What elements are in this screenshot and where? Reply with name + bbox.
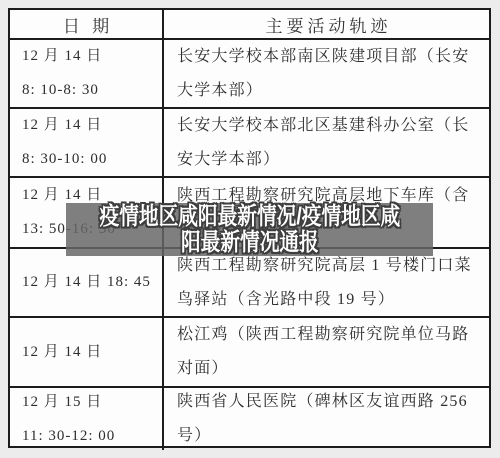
page: 日 期 主要活动轨迹 12 月 14 日8: 10-8: 30长安大学校本部南区… — [0, 0, 500, 458]
time-text: 8: 10-8: 30 — [22, 82, 156, 99]
date-text: 12 月 14 日 — [22, 344, 156, 361]
date-cell: 12 月 14 日 18: 45 — [10, 249, 164, 316]
header-activity-label: 主要活动轨迹 — [262, 12, 392, 37]
date-text: 12 月 14 日 — [22, 187, 156, 204]
watermark-text-block: 疫情地区咸阳最新情况/疫情地区咸 阳最新情况通报 — [66, 204, 433, 256]
header-date-cell: 日 期 — [10, 10, 164, 38]
watermark-line-2: 阳最新情况通报 — [66, 230, 433, 256]
date-cell: 12 月 14 日8: 10-8: 30 — [10, 40, 164, 107]
table-row: 12 月 14 日8: 10-8: 30长安大学校本部南区陕建项目部（长安大学本… — [10, 40, 489, 109]
watermark-line-1: 疫情地区咸阳最新情况/疫情地区咸 — [66, 204, 433, 230]
activity-cell: 陕西工程勘察研究院高层 1 号楼门口菜鸟驿站（含光路中段 19 号） — [164, 249, 489, 316]
date-cell: 12 月 14 日8: 30-10: 00 — [10, 109, 164, 176]
activity-text: 长安大学校本部南区陕建项目部（长安大学本部） — [177, 40, 481, 108]
watermark-overlay: 疫情地区咸阳最新情况/疫情地区咸 阳最新情况通报 — [66, 203, 433, 256]
date-text: 12 月 14 日 — [22, 117, 156, 134]
activity-text: 长安大学校本部北区基建科办公室（长安大学本部） — [177, 109, 481, 177]
date-cell: 12 月 15 日11: 30-12: 00 — [10, 388, 164, 450]
activity-cell: 长安大学校本部南区陕建项目部（长安大学本部） — [164, 40, 489, 107]
time-text: 11: 30-12: 00 — [22, 428, 156, 445]
activity-text: 松江鸡（陕西工程勘察研究院单位马路对面） — [177, 318, 481, 386]
table-row: 12 月 14 日8: 30-10: 00长安大学校本部北区基建科办公室（长安大… — [10, 109, 489, 178]
table-row: 12 月 14 日松江鸡（陕西工程勘察研究院单位马路对面） — [10, 318, 489, 388]
date-text: 12 月 15 日 — [22, 394, 156, 411]
table-header-row: 日 期 主要活动轨迹 — [10, 10, 489, 40]
date-text: 12 月 14 日 18: 45 — [22, 274, 156, 291]
activity-text: 陕西省人民医院（碑林区友谊西路 256 号） — [177, 385, 481, 453]
date-text: 12 月 14 日 — [22, 48, 156, 65]
table-row: 12 月 15 日11: 30-12: 00陕西省人民医院（碑林区友谊西路 25… — [10, 388, 489, 450]
activity-cell: 陕西省人民医院（碑林区友谊西路 256 号） — [164, 388, 489, 450]
date-cell: 12 月 14 日 — [10, 318, 164, 386]
header-activity-cell: 主要活动轨迹 — [164, 10, 489, 38]
header-date-label: 日 期 — [59, 12, 113, 37]
table-row: 12 月 14 日 18: 45陕西工程勘察研究院高层 1 号楼门口菜鸟驿站（含… — [10, 249, 489, 318]
activity-text: 陕西工程勘察研究院高层 1 号楼门口菜鸟驿站（含光路中段 19 号） — [177, 249, 481, 317]
activity-cell: 长安大学校本部北区基建科办公室（长安大学本部） — [164, 109, 489, 176]
time-text: 8: 30-10: 00 — [22, 151, 156, 168]
activity-cell: 松江鸡（陕西工程勘察研究院单位马路对面） — [164, 318, 489, 386]
